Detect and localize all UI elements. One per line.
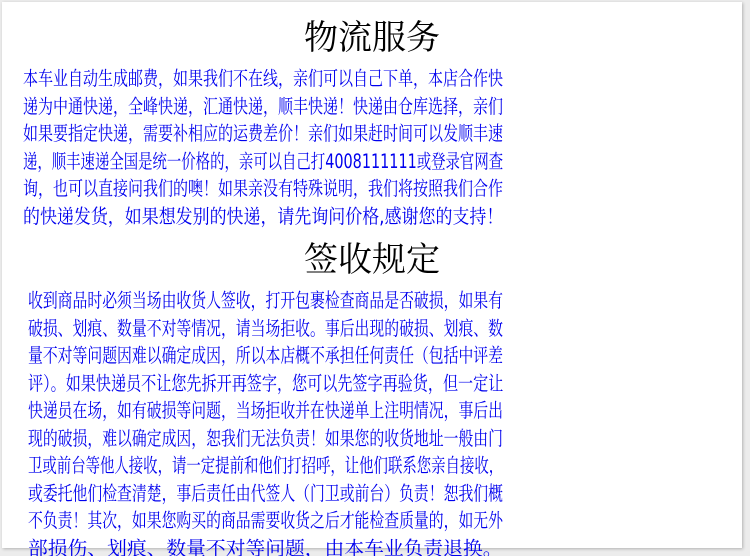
text-line: 破损、划痕、数量不对等情况，请当场拒收。事后出现的破损、划痕、数 [28, 315, 395, 343]
text-line: 不负责！其次，如果您购买的商品需要收货之后才能检查质量的，如无外 [28, 507, 395, 535]
text-line: 递，顺丰速递全国是统一价格的，亲可以自己打4008111111或登录官网查 [23, 148, 383, 176]
text-line: 如果要指定快递，需要补相应的运费差价！亲们如果赶时间可以发顺丰速 [23, 120, 398, 148]
text-line: 卫或前台等他人接收，请一定提前和他们打招呼，让他们联系您亲自接收， [28, 452, 384, 480]
logistics-service-title: 物流服务 [2, 18, 742, 58]
text-line: 量不对等问题因难以确定成因，所以本店概不承担任何责任（包括中评差 [28, 342, 395, 370]
receipt-rules-text: 收到商品时必须当场由收货人签收，打开包裹检查商品是否破损，如果有 破损、划痕、数… [28, 287, 503, 556]
text-line: 递为中通快递，全峰快递，汇通快递，顺丰快递！快递由仓库选择，亲们 [23, 93, 398, 121]
text-line: 本车业自动生成邮费，如果我们不在线，亲们可以自己下单，本店合作快 [23, 65, 398, 93]
logistics-service-text: 本车业自动生成邮费，如果我们不在线，亲们可以自己下单，本店合作快 递为中通快递，… [23, 65, 503, 230]
text-line: 评）。如果快递员不让您先拆开再签字，您可以先签字再验货，但一定让 [28, 370, 402, 398]
text-line: 或委托他们检查清楚，事后责任由代签人（门卫或前台）负责！恕我们概 [28, 480, 395, 508]
text-line: 收到商品时必须当场由收货人签收，打开包裹检查商品是否破损，如果有 [28, 287, 395, 315]
text-line: 快递员在场，如有破损等问题，当场拒收并在快递单上注明情况，事后出 [28, 397, 395, 425]
text-line: 的快递发货，如果想发别的快递，请先询问价格,感谢您的支持！ [23, 203, 447, 231]
text-line: 询，也可以直接问我们的噢！如果亲没有特殊说明，我们将按照我们合作 [23, 175, 398, 203]
notice-card: 物流服务 本车业自动生成邮费，如果我们不在线，亲们可以自己下单，本店合作快 递为… [2, 2, 742, 548]
text-line: 现的破损，难以确定成因，恕我们无法负责！如果您的收货地址一般由门 [28, 425, 395, 453]
receipt-rules-title: 签收规定 [2, 240, 742, 280]
text-line: 部损伤、划痕、数量不对等问题，由本车业负责退换。 [28, 535, 517, 556]
